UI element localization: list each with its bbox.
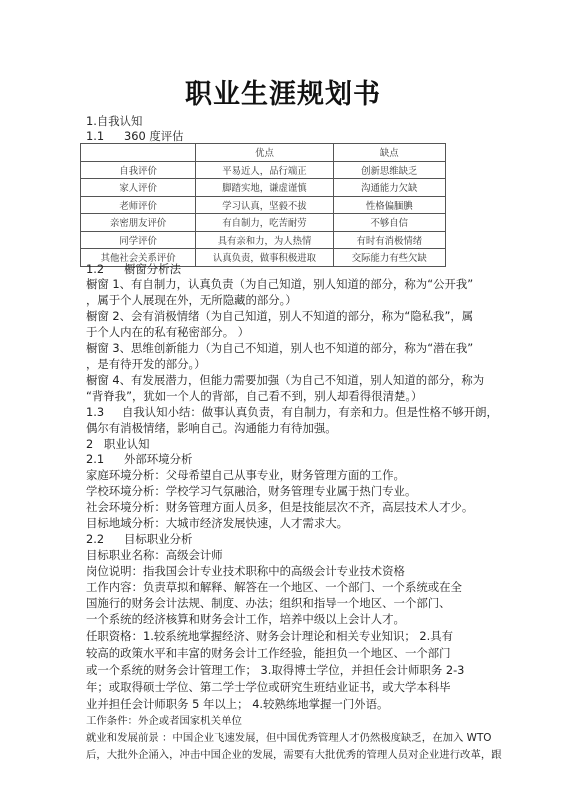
table-row: 家人评价 脚踏实地，谦虚谨慎 沟通能力欠缺 [81, 179, 446, 197]
paragraph-line: 学校环境分析：学校学习气氛融洽，财务管理专业属于热门专业。 [86, 483, 416, 499]
section-2-heading: 2职业认知 [86, 436, 150, 452]
section-number: 1.1 [86, 128, 116, 144]
paragraph-line: 目标地域分析：大城市经济发展快速，人才需求大。 [86, 515, 348, 531]
table-cell: 沟通能力欠缺 [333, 179, 445, 197]
evaluation-table: 优点 缺点 自我评价 平易近人，品行端正 创新思维缺乏 家人评价 脚踏实地，谦虚… [80, 143, 446, 267]
paragraph-line: 国施行的财务会计法规、制度、办法；组织和指导一个地区、一个部门、 [86, 595, 451, 611]
prospects-line: 就业和发展前景 ：中国企业飞速发展，但中国优秀管理人才仍然极度缺乏，在加入 WT… [86, 730, 491, 746]
table-cell: 脚踏实地，谦虚谨慎 [196, 179, 333, 197]
section-label: 外部环境分析 [124, 452, 192, 466]
table-cell: 有时有消极情绪 [333, 231, 445, 249]
table-header-row: 优点 缺点 [81, 144, 446, 162]
paragraph-line: ，属于个人展现在外，无所隐藏的部分。） [86, 292, 297, 308]
section-number: 1.2 [86, 261, 116, 277]
paragraph-line: 目标职业名称：高级会计师 [86, 547, 223, 563]
paragraph-line: 业并担任会计师职务 5 年以上； 4.较熟练地掌握一门外语。 [86, 696, 388, 712]
paragraph-text: 自我认知小结：做事认真负责，有自制力，有亲和力。但是性格不够开朗， [122, 405, 498, 419]
table-cell: 具有亲和力，为人热情 [196, 231, 333, 249]
section-2-2-heading: 2.2目标职业分析 [86, 531, 192, 547]
paragraph-line: 社会环境分析：财务管理方面人员多，但是技能层次不齐，高层技术人才少。 [86, 499, 473, 515]
section-1-1-heading: 1.1360 度评估 [86, 128, 184, 144]
table-row: 老师评价 学习认真，坚毅不拔 性格偏腼腆 [81, 196, 446, 214]
table-row: 自我评价 平易近人，品行端正 创新思维缺乏 [81, 161, 446, 179]
table-cell: 平易近人，品行端正 [196, 161, 333, 179]
table-cell: 学习认真，坚毅不拔 [196, 196, 333, 214]
table-cell: 有自制力，吃苦耐劳 [196, 214, 333, 232]
paragraph-line: “背脊我”，犹如一个人的背部，自己看不到，别人却看得很清楚。） [86, 388, 422, 404]
table-cell: 认真负责，做事积极进取 [196, 249, 333, 267]
table-cell: 交际能力有些欠缺 [333, 249, 445, 267]
paragraph-line: 于个人内在的私有秘密部分。 ） [86, 324, 249, 340]
section-1-2-heading: 1.2橱窗分析法 [86, 261, 181, 277]
paragraph-line: 橱窗 3、思维创新能力（为自己不知道，别人也不知道的部分，称为“潜在我” [86, 340, 473, 356]
paragraph-line: 较高的政策水平和丰富的财务会计工作经验，能担负一个地区、一个部门 [86, 645, 451, 661]
table-cell: 创新思维缺乏 [333, 161, 445, 179]
paragraph-line: 年；或取得硕士学位、第二学士学位或研究生班结业证书，或大学本科毕 [86, 679, 451, 695]
table-cell: 亲密朋友评价 [81, 214, 196, 232]
paragraph-line: 任职资格：1.较系统地掌握经济、财务会计理论和相关专业知识； 2.具有 [86, 628, 453, 644]
section-2-1-heading: 2.1外部环境分析 [86, 451, 192, 467]
section-label: 职业认知 [104, 437, 150, 451]
paragraph-line: 家庭环境分析：父母希望自己从事专业，财务管理方面的工作。 [86, 467, 405, 483]
section-number: 1.3 [86, 404, 116, 420]
table-cell: 自我评价 [81, 161, 196, 179]
document-page: 职业生涯规划书 1.自我认知 1.1360 度评估 优点 缺点 自我评价 平易近… [0, 0, 566, 800]
section-number: 2 [86, 436, 104, 452]
table-row: 同学评价 具有亲和力，为人热情 有时有消极情绪 [81, 231, 446, 249]
table-cell: 老师评价 [81, 196, 196, 214]
document-title: 职业生涯规划书 [0, 72, 566, 111]
work-conditions-line: 工作条件：外企或者国家机关单位 [86, 713, 242, 729]
paragraph-line: 偶尔有消极情绪，影响自己。沟通能力有待加强。 [86, 420, 337, 436]
table-cell: 性格偏腼腆 [333, 196, 445, 214]
paragraph-line: 橱窗 1、有自制力，认真负责（为自己知道，别人知道的部分，称为“公开我” [86, 276, 473, 292]
table-cell: 同学评价 [81, 231, 196, 249]
section-number: 2.2 [86, 531, 116, 547]
section-label: 目标职业分析 [124, 532, 192, 546]
paragraph-line: 橱窗 4、有发展潜力，但能力需要加强（为自己不知道，别人知道的部分，称为 [86, 372, 484, 388]
paragraph-line: 一个系统的经济核算和财务会计工作，培养中级以上会计人才。 [86, 611, 405, 627]
section-1-heading: 1.自我认知 [86, 113, 142, 129]
section-1-3-line: 1.3自我认知小结：做事认真负责，有自制力，有亲和力。但是性格不够开朗， [86, 404, 498, 420]
paragraph-line: 岗位说明：指我国会计专业技术职称中的高级会计专业技术资格 [86, 563, 405, 579]
table-cell: 家人评价 [81, 179, 196, 197]
section-number: 2.1 [86, 451, 116, 467]
paragraph-line: ，是有待开发的部分。） [86, 356, 206, 372]
table-header-cell: 优点 [196, 144, 333, 162]
table-header-cell: 缺点 [333, 144, 445, 162]
paragraph-line: 或一个系统的财务会计管理工作； 3.取得博士学位，并担任会计师职务 2-3 [86, 662, 464, 678]
paragraph-line: 工作内容：负责草拟和解释、解答在一个地区、一个部门、一个系统或在全 [86, 579, 462, 595]
section-label: 橱窗分析法 [124, 262, 181, 276]
paragraph-line: 橱窗 2、会有消极情绪（为自己知道，别人不知道的部分，称为“隐私我”，属 [86, 308, 473, 324]
table-row: 亲密朋友评价 有自制力，吃苦耐劳 不够自信 [81, 214, 446, 232]
table-cell: 不够自信 [333, 214, 445, 232]
section-label: 360 度评估 [124, 129, 184, 143]
prospects-line: 后，大批外企涌入，冲击中国企业的发展，需要有大批优秀的管理人员对企业进行改革，跟 [86, 747, 502, 763]
table-header-cell [81, 144, 196, 162]
